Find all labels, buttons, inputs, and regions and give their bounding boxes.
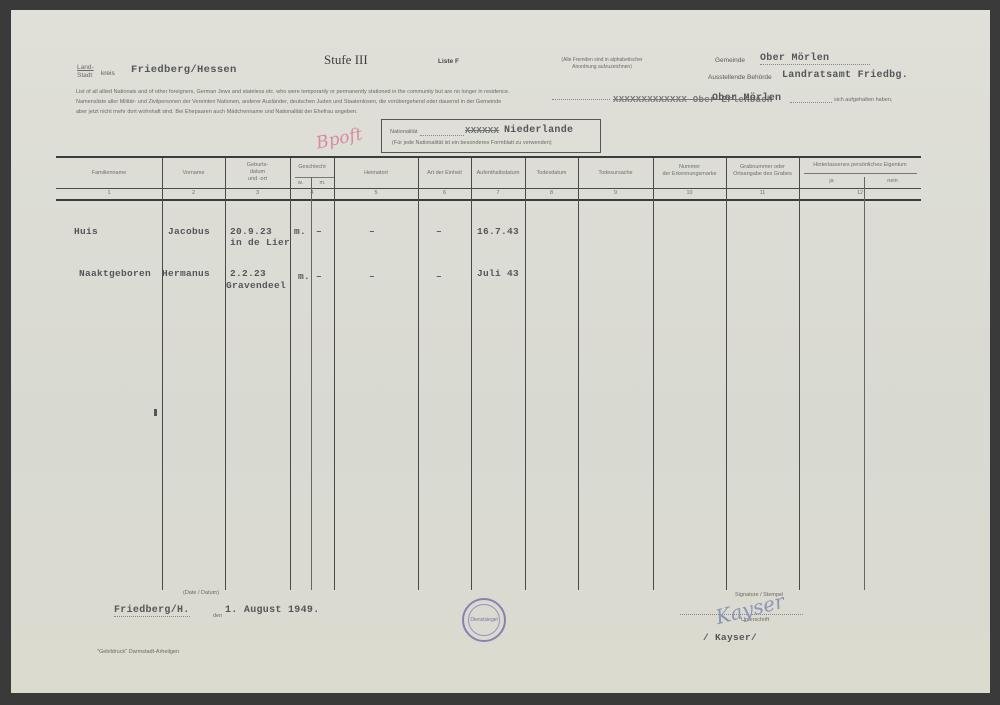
col-num-9: 9 — [578, 190, 653, 196]
row1-heimatort: – — [369, 226, 375, 237]
col-num-11: 11 — [726, 190, 799, 196]
row2-aufenthalt: Juli 43 — [477, 268, 519, 279]
col-line-8 — [578, 158, 579, 590]
header-todesdatum: Todesdatum — [525, 170, 578, 177]
header-geburt: Geburts- datum und -ort — [225, 162, 290, 183]
col-line-4a — [311, 177, 312, 590]
col-num-5: 5 — [334, 190, 418, 196]
gemeinde-value: Ober Mörlen — [760, 53, 870, 65]
behoerde-label: Ausstellende Behörde — [708, 74, 772, 81]
col-line-7 — [525, 158, 526, 590]
gemeinde-fill-dots — [790, 102, 832, 103]
row2-vorname: Hermanus — [162, 268, 210, 279]
nationality-struck: XXXXXX — [465, 126, 499, 136]
official-stamp: Dienstsiegel — [462, 598, 506, 642]
col-line-5 — [418, 158, 419, 590]
row1-geschlecht-m: m. — [294, 226, 306, 237]
col-num-10: 10 — [653, 190, 726, 196]
intro-english: List of all allied Nationals and of othe… — [76, 89, 510, 95]
nationality-value: Niederlande — [504, 125, 573, 136]
gemeinde-suffix: sich aufgehalten haben, — [834, 97, 892, 103]
col-num-6: 6 — [418, 190, 471, 196]
place-value: Friedberg/H. — [114, 605, 190, 617]
nationality-note: (Für jede Nationalität ist ein besondere… — [392, 140, 552, 146]
stray-ink-mark — [154, 409, 157, 416]
signer-name: / Kayser/ — [703, 632, 757, 643]
nationality-dots — [420, 135, 464, 136]
table-header-divider — [56, 188, 921, 189]
col-num-12: 12 — [799, 190, 921, 196]
col-num-1: 1 — [56, 190, 162, 196]
header-geschlecht: Geschlecht — [290, 164, 334, 171]
form-title: Stufe III — [324, 52, 368, 68]
header-todesursache: Todesursache — [578, 170, 653, 177]
row1-geschlecht-w: – — [316, 226, 322, 237]
row2-geschlecht-m: m. — [298, 271, 310, 282]
row2-familienname: Naaktgeboren — [79, 268, 151, 279]
header-grab: Grabnummer oder Ortsangabe des Grabes — [726, 164, 799, 178]
header-einheit: Art der Einheit — [418, 170, 471, 177]
col-line-4 — [334, 158, 335, 590]
header-heimatort: Heimatort — [334, 170, 418, 177]
header-geschlecht-w: w. — [290, 180, 311, 187]
col-line-2 — [225, 158, 226, 590]
stamp-text: Dienstsiegel — [468, 604, 500, 636]
table-top-border — [56, 156, 921, 158]
eigentum-subdivider — [804, 173, 917, 174]
printer-imprint: "Gebildruck" Darmstadt-Arheilgen — [97, 649, 179, 655]
col-line-10 — [726, 158, 727, 590]
row2-geburt-ort: Gravendeel — [226, 280, 286, 291]
land-label: Land- — [77, 64, 94, 72]
row1-geburt-datum: 20.9.23 — [230, 226, 272, 237]
kreis-value: Friedberg/Hessen — [131, 64, 237, 76]
table-number-row-border — [56, 199, 921, 201]
row1-einheit: – — [436, 226, 442, 237]
row1-aufenthalt: 16.7.43 — [477, 226, 519, 237]
col-line-6 — [471, 158, 472, 590]
header-erkennungsmarke: Nummer der Erkennungsmarke — [653, 164, 726, 178]
row2-geschlecht-w: – — [316, 271, 322, 282]
col-num-2: 2 — [162, 190, 225, 196]
gemeinde-label: Gemeinde — [715, 57, 745, 64]
header-geschlecht-m: m. — [311, 180, 334, 187]
alphabetical-note: (Alle Fremden sind in alphabetischer Ano… — [556, 57, 648, 70]
row1-vorname: Jacobus — [168, 226, 210, 237]
col-line-3 — [290, 158, 291, 590]
header-eigentum: Hinterlassenes persönliches Eigentum — [799, 162, 921, 169]
list-label: Liste F — [438, 58, 459, 65]
header-eigentum-ja: ja — [799, 178, 864, 185]
col-num-7: 7 — [471, 190, 525, 196]
col-num-8: 8 — [525, 190, 578, 196]
col-line-1 — [162, 158, 163, 590]
intro-german-line1: Namensliste aller Militär- und Zivilpers… — [76, 99, 501, 105]
geschlecht-subdivider — [295, 177, 334, 178]
header-eigentum-nein: nein — [864, 178, 921, 185]
gemeinde-fill: Ober Mörlen — [712, 93, 781, 104]
col-line-11 — [799, 158, 800, 590]
gemeinde-dotted-line — [552, 99, 610, 100]
date-value: 1. August 1949. — [225, 605, 320, 616]
header-aufenthalt: Aufenthaltsdatum — [471, 170, 525, 177]
intro-german-line2: aber jetzt nicht mehr dort wohnhaft sind… — [76, 109, 358, 115]
den-label: den — [213, 613, 222, 619]
stadt-label: Stadt — [77, 72, 94, 80]
date-label: (Date / Datum) — [183, 590, 219, 596]
row2-geburt-datum: 2.2.23 — [230, 268, 266, 279]
kreis-label: kreis — [101, 70, 115, 77]
col-line-9 — [653, 158, 654, 590]
row1-familienname: Huis — [74, 226, 98, 237]
nationality-box: Nationalität XXXXXX Niederlande (Für jed… — [381, 119, 601, 153]
header-familienname: Familienname — [56, 170, 162, 177]
col-line-12a — [864, 177, 865, 590]
row1-geburt-ort: in de Lier — [230, 237, 290, 248]
row2-heimatort: – — [369, 271, 375, 282]
land-stadt-label: Land- Stadt — [77, 64, 94, 80]
behoerde-value: Landratsamt Friedbg. — [782, 70, 908, 81]
nationality-label: Nationalität — [390, 129, 418, 135]
header-vorname: Vorname — [162, 170, 225, 177]
col-num-4: 4 — [290, 190, 334, 196]
row2-einheit: – — [436, 271, 442, 282]
col-num-3: 3 — [225, 190, 290, 196]
